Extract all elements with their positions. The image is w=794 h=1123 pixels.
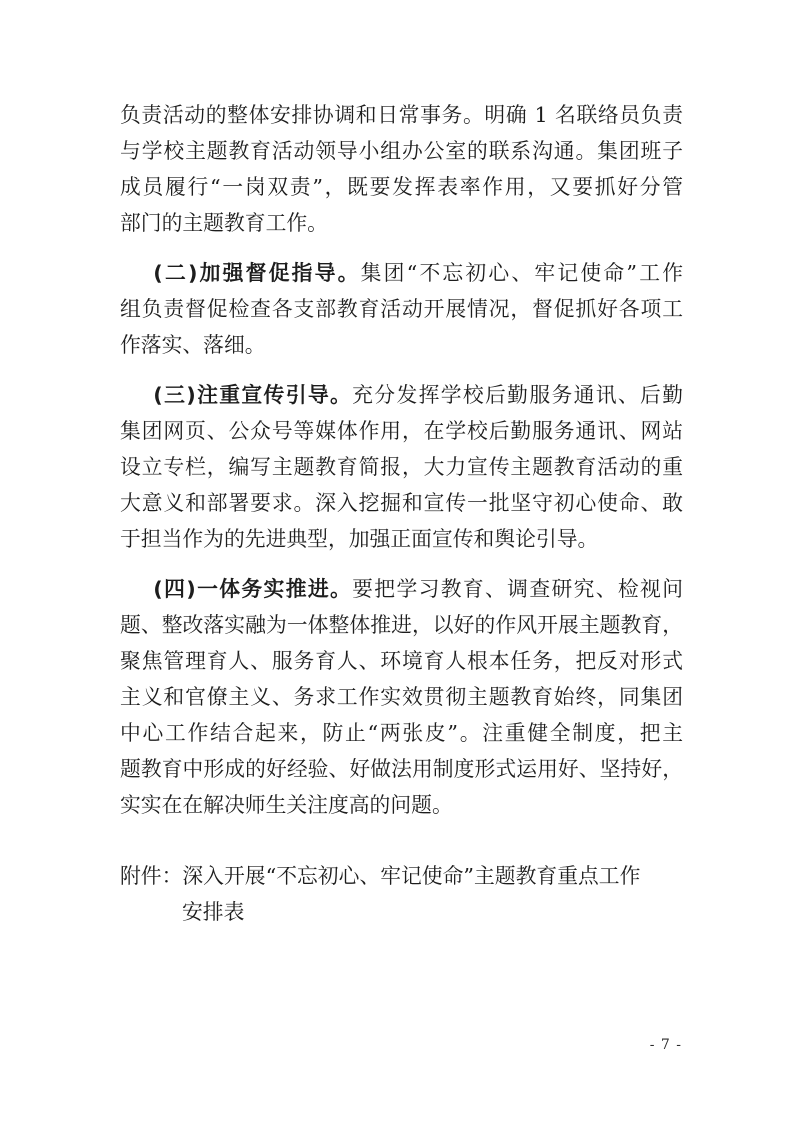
- text-run: 大意义和部署要求。深入挖掘和宣传一批坚守初心使命、敢: [120, 491, 683, 515]
- text-line: (四)一体务实推进。要把学习教育、调查研究、检视问: [120, 571, 683, 607]
- heading-run: (二)加强督促指导。: [153, 261, 360, 285]
- text-line: 成员履行“一岗双责”，既要发挥表率作用，又要抓好分管: [120, 169, 683, 205]
- paragraph: (二)加强督促指导。集团“不忘初心、牢记使命”工作组负责督促检查各支部教育活动开…: [120, 255, 683, 363]
- text-run: 成员履行“一岗双责”，既要发挥表率作用，又要抓好分管: [120, 175, 683, 199]
- paragraph: 负责活动的整体安排协调和日常事务。明确 1 名联络员负责与学校主题教育活动领导小…: [120, 97, 683, 241]
- text-run: 聚焦管理育人、服务育人、环境育人根本任务，把反对形式: [120, 649, 683, 673]
- attachment-line-2: 安排表: [120, 894, 683, 930]
- paragraph: (四)一体务实推进。要把学习教育、调查研究、检视问题、整改落实融为一体整体推进，…: [120, 571, 683, 823]
- text-line: 于担当作为的先进典型，加强正面宣传和舆论引导。: [120, 521, 683, 557]
- text-run: 充分发挥学校后勤服务通讯、后勤: [352, 383, 683, 407]
- text-line: 实实在在解决师生关注度高的问题。: [120, 787, 683, 823]
- text-line: (三)注重宣传引导。充分发挥学校后勤服务通讯、后勤: [120, 377, 683, 413]
- text-run: 集团“不忘初心、牢记使命”工作: [361, 261, 683, 285]
- text-run: 要把学习教育、调查研究、检视问: [352, 577, 683, 601]
- text-line: 中心工作结合起来，防止“两张皮”。注重健全制度，把主: [120, 715, 683, 751]
- text-line: 负责活动的整体安排协调和日常事务。明确 1 名联络员负责: [120, 97, 683, 133]
- text-run: 于担当作为的先进典型，加强正面宣传和舆论引导。: [120, 527, 598, 551]
- text-line: 题、整改落实融为一体整体推进，以好的作风开展主题教育，: [120, 607, 683, 643]
- text-run: 部门的主题教育工作。: [120, 211, 328, 235]
- text-run: 作落实、落细。: [120, 333, 266, 357]
- text-run: 组负责督促检查各支部教育活动开展情况，督促抓好各项工: [120, 297, 683, 321]
- document-page: 负责活动的整体安排协调和日常事务。明确 1 名联络员负责与学校主题教育活动领导小…: [0, 0, 794, 1123]
- paragraph: (三)注重宣传引导。充分发挥学校后勤服务通讯、后勤集团网页、公众号等媒体作用，在…: [120, 377, 683, 557]
- text-run: 设立专栏，编写主题教育简报，大力宣传主题教育活动的重: [120, 455, 683, 479]
- text-run: 中心工作结合起来，防止“两张皮”。注重健全制度，把主: [120, 721, 683, 745]
- text-line: 聚焦管理育人、服务育人、环境育人根本任务，把反对形式: [120, 643, 683, 679]
- text-line: 部门的主题教育工作。: [120, 205, 683, 241]
- text-line: 题教育中形成的好经验、好做法用制度形式运用好、坚持好，: [120, 751, 683, 787]
- heading-run: (四)一体务实推进。: [153, 577, 352, 601]
- text-line: 设立专栏，编写主题教育简报，大力宣传主题教育活动的重: [120, 449, 683, 485]
- text-line: 与学校主题教育活动领导小组办公室的联系沟通。集团班子: [120, 133, 683, 169]
- attachment-block: 附件：深入开展“不忘初心、牢记使命”主题教育重点工作 安排表: [120, 858, 683, 930]
- text-run: 与学校主题教育活动领导小组办公室的联系沟通。集团班子: [120, 139, 683, 163]
- attachment-line-1: 附件：深入开展“不忘初心、牢记使命”主题教育重点工作: [120, 858, 683, 894]
- text-run: 负责活动的整体安排协调和日常事务。明确 1 名联络员负责: [120, 103, 683, 127]
- text-run: 集团网页、公众号等媒体作用，在学校后勤服务通讯、网站: [120, 419, 683, 443]
- text-run: 实实在在解决师生关注度高的问题。: [120, 793, 453, 817]
- heading-run: (三)注重宣传引导。: [153, 383, 352, 407]
- body-text: 负责活动的整体安排协调和日常事务。明确 1 名联络员负责与学校主题教育活动领导小…: [120, 97, 683, 823]
- text-line: 大意义和部署要求。深入挖掘和宣传一批坚守初心使命、敢: [120, 485, 683, 521]
- text-line: 集团网页、公众号等媒体作用，在学校后勤服务通讯、网站: [120, 413, 683, 449]
- text-line: 组负责督促检查各支部教育活动开展情况，督促抓好各项工: [120, 291, 683, 327]
- text-line: (二)加强督促指导。集团“不忘初心、牢记使命”工作: [120, 255, 683, 291]
- text-line: 主义和官僚主义、务求工作实效贯彻主题教育始终，同集团: [120, 679, 683, 715]
- text-run: 题、整改落实融为一体整体推进，以好的作风开展主题教育，: [120, 613, 683, 637]
- page-number: - 7 -: [650, 1036, 682, 1054]
- text-run: 主义和官僚主义、务求工作实效贯彻主题教育始终，同集团: [120, 685, 683, 709]
- text-run: 题教育中形成的好经验、好做法用制度形式运用好、坚持好，: [120, 757, 683, 781]
- text-line: 作落实、落细。: [120, 327, 683, 363]
